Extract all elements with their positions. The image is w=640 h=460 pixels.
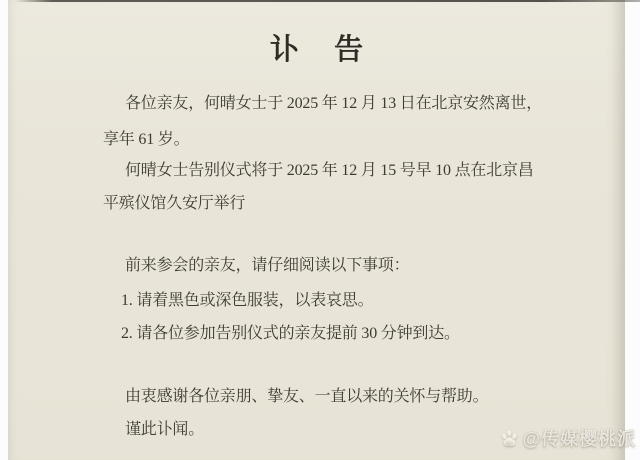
instruction-item-2: 2. 请各位参加告别仪式的亲友提前 30 分钟到达。: [121, 320, 460, 343]
ceremony-line-1: 何晴女士告别仪式将于 2025 年 12 月 15 号早 10 点在北京昌: [125, 157, 534, 180]
announcement-line-1: 各位亲友，何晴女士于 2025 年 12 月 13 日在北京安然离世，: [125, 90, 542, 113]
instruction-item-1: 1. 请着黑色或深色服装，以表哀思。: [121, 287, 373, 310]
top-edge-line: [15, 0, 640, 2]
obituary-title: 讣 告: [8, 27, 625, 68]
instructions-heading: 前来参会的亲友，请仔细阅读以下事项：: [125, 252, 409, 275]
obituary-photo: 讣 告 各位亲友，何晴女士于 2025 年 12 月 13 日在北京安然离世， …: [0, 0, 640, 460]
announcement-line-2: 享年 61 岁。: [103, 126, 189, 149]
closing-line: 谨此讣闻。: [125, 416, 204, 439]
baidu-paw-icon: du: [500, 429, 519, 448]
ceremony-line-2: 平殡仪馆久安厅举行: [103, 190, 245, 213]
gratitude-line: 由衷感谢各位亲朋、挚友、一直以来的关怀与帮助。: [125, 383, 488, 406]
watermark: du @传媒樱桃派: [500, 425, 636, 451]
svg-text:du: du: [506, 440, 514, 446]
watermark-handle: @传媒樱桃派: [522, 425, 636, 451]
